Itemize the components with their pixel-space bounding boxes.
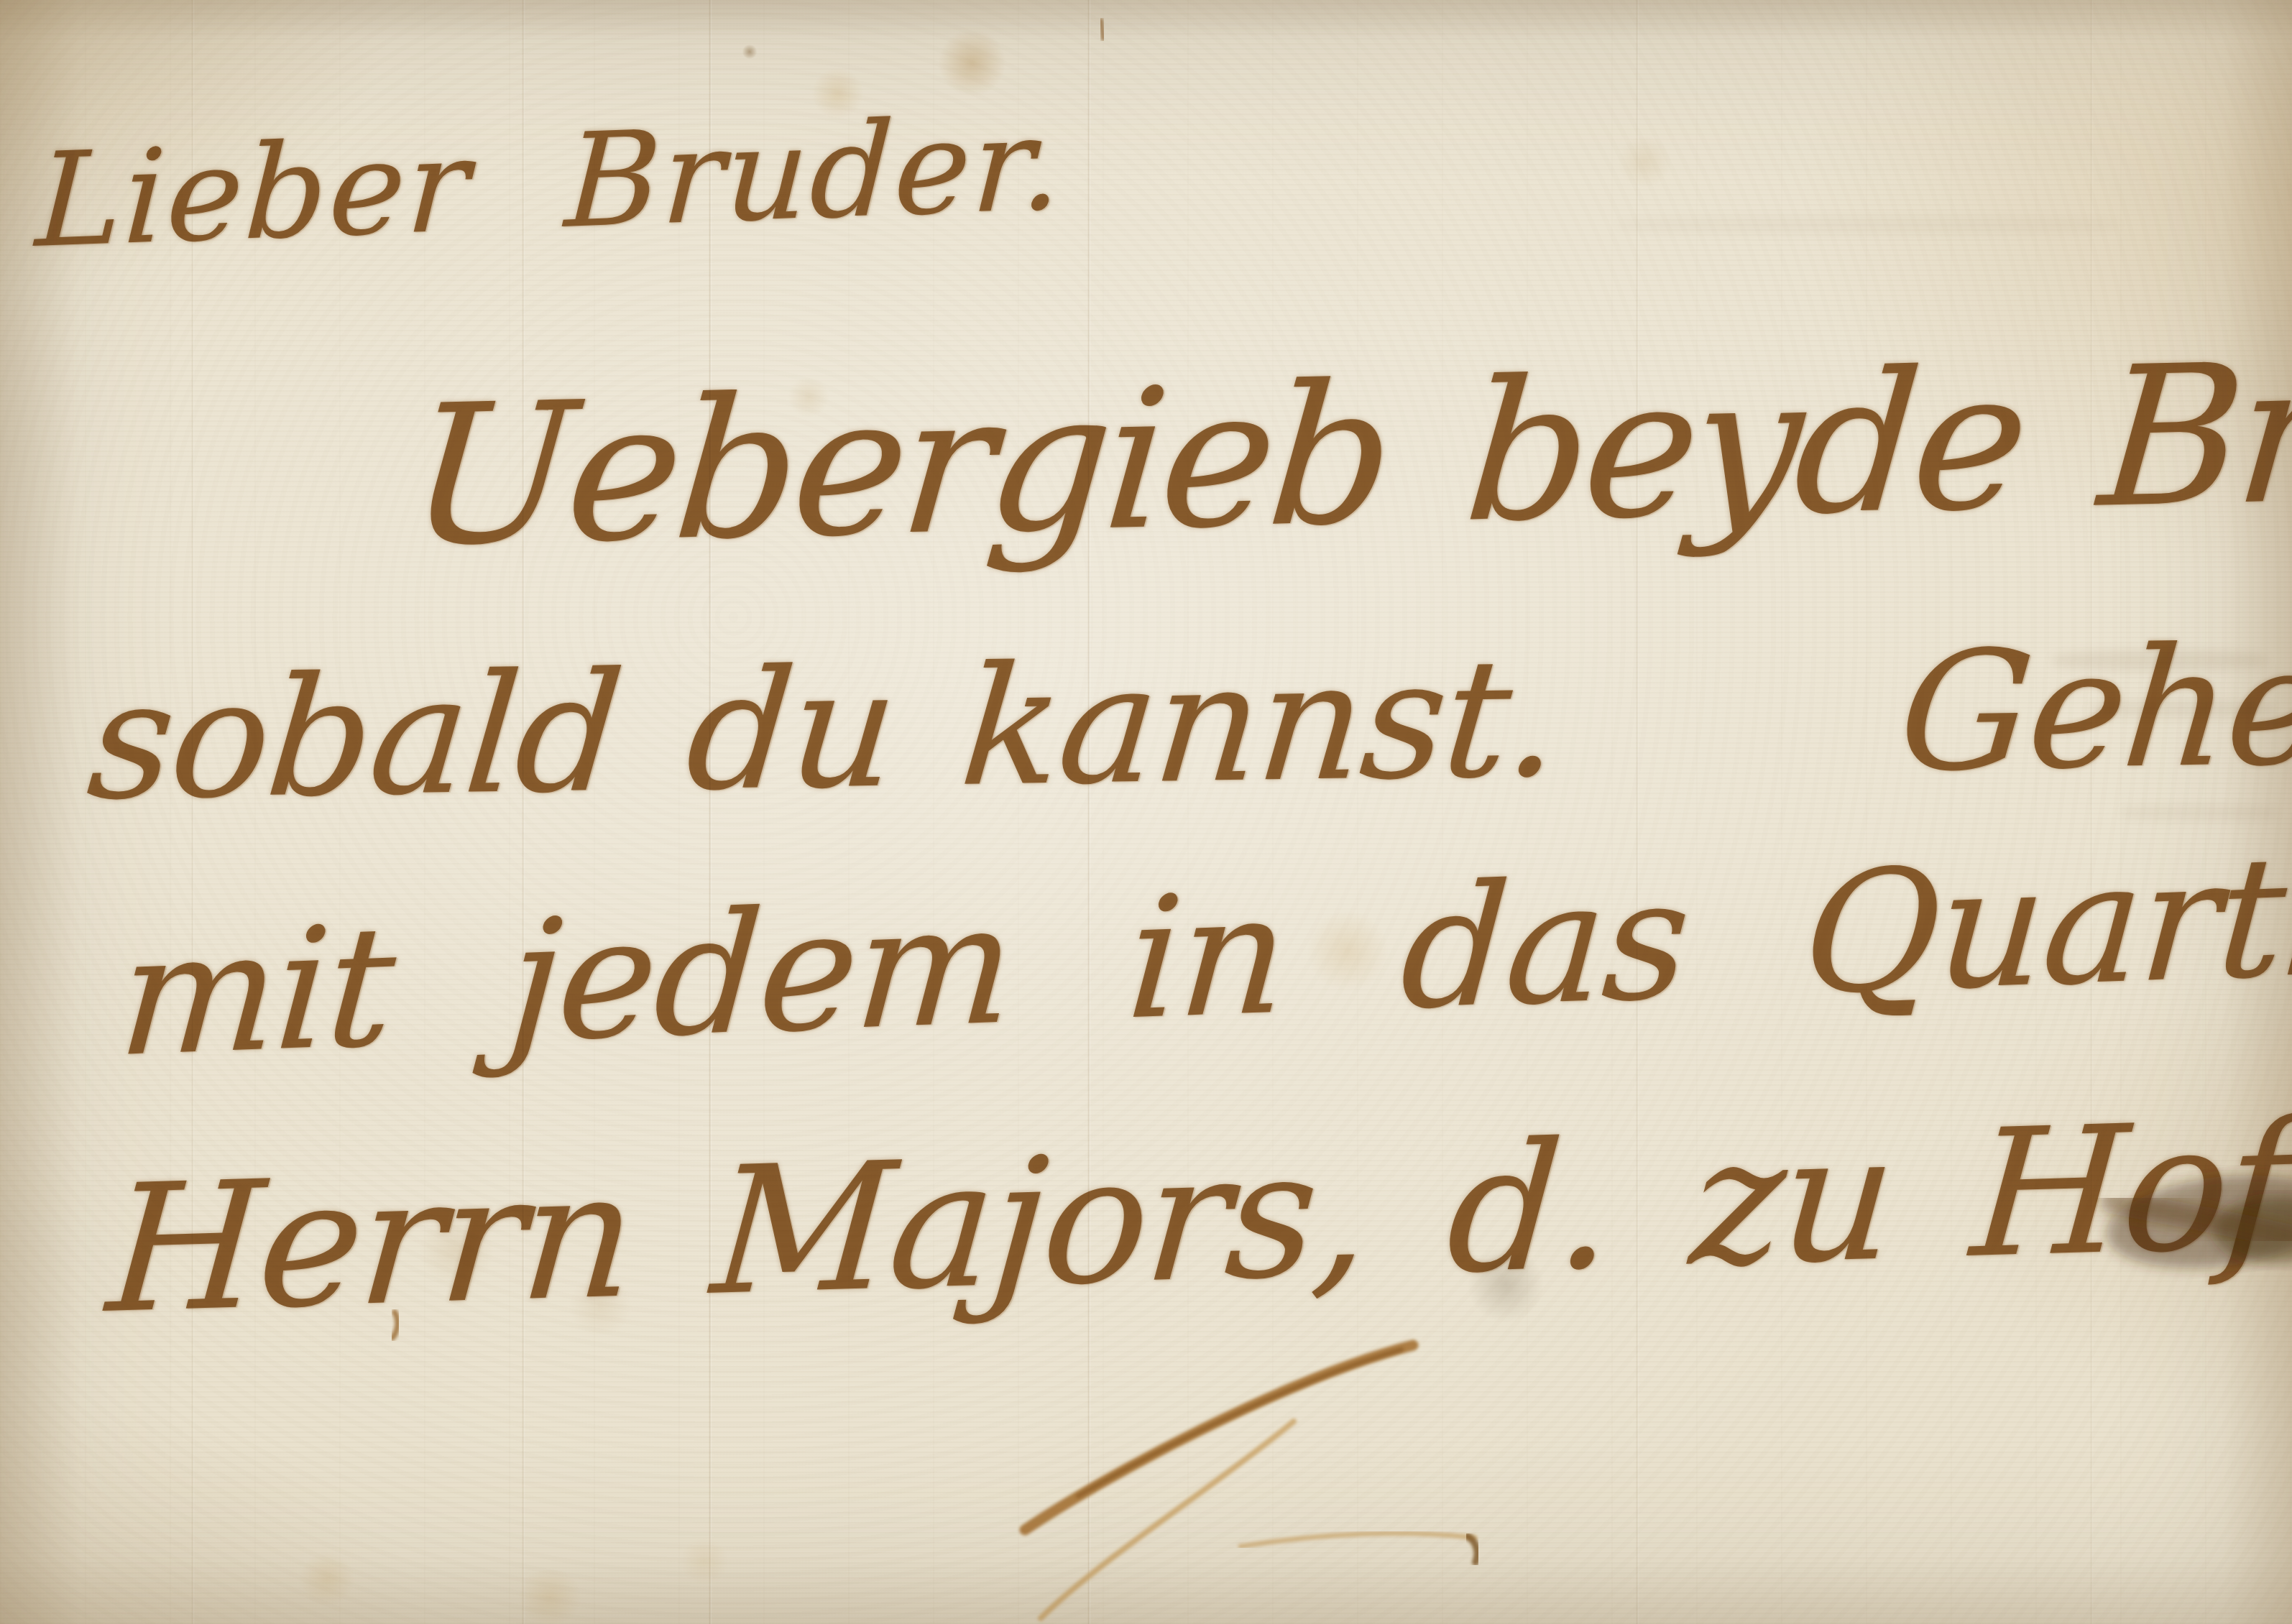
letter-photo: Lieber Bruder. Uebergieb beyde Briefe so… <box>0 0 2292 1624</box>
verso-show-through <box>1617 216 2120 234</box>
verso-show-through <box>2120 805 2278 821</box>
fold-crease <box>2090 0 2094 1624</box>
